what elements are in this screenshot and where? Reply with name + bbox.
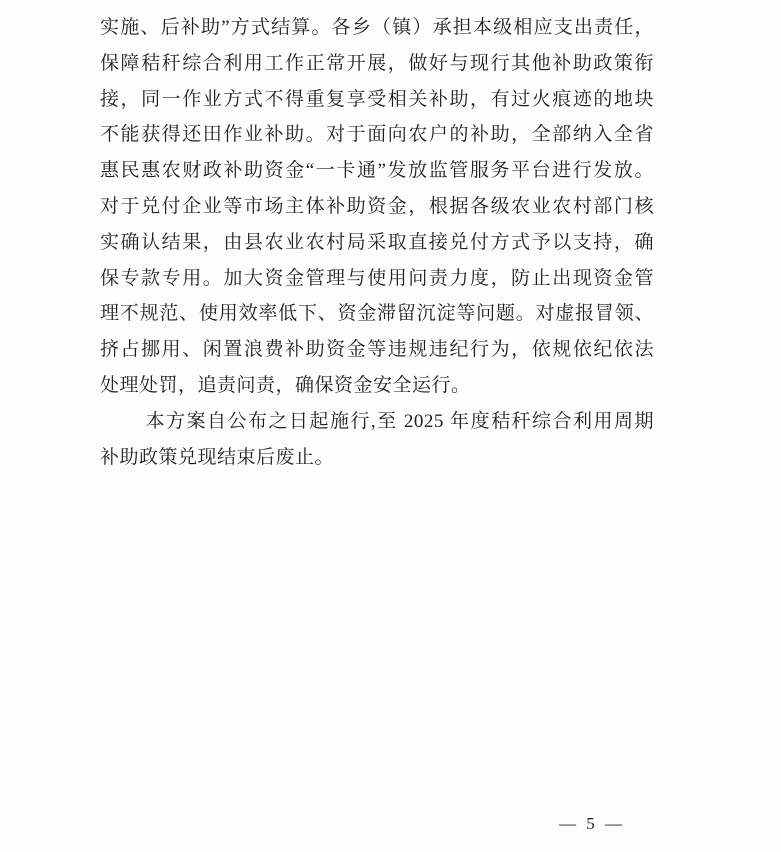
document-page: 实施、后补助”方式结算。各乡（镇）承担本级相应支出责任，保障秸秆综合利用工作正常…	[0, 0, 781, 852]
text-line: 实确认结果，由县农业农村局采取直接兑付方式予以支持，确	[100, 225, 654, 261]
text-line: 接，同一作业方式不得重复享受相关补助，有过火痕迹的地块	[100, 82, 654, 118]
text-line: 保障秸秆综合利用工作正常开展，做好与现行其他补助政策衔	[100, 46, 654, 82]
body-text: 实施、后补助”方式结算。各乡（镇）承担本级相应支出责任，保障秸秆综合利用工作正常…	[100, 10, 654, 475]
text-line: 本方案自公布之日起施行,至 2025 年度秸秆综合利用周期	[100, 404, 654, 440]
text-line: 惠民惠农财政补助资金“一卡通”发放监管服务平台进行发放。	[100, 153, 654, 189]
text-line: 挤占挪用、闲置浪费补助资金等违规违纪行为，依规依纪依法	[100, 332, 654, 368]
text-line: 补助政策兑现结束后废止。	[100, 440, 654, 476]
text-line: 处理处罚，追责问责，确保资金安全运行。	[100, 368, 654, 404]
text-line: 实施、后补助”方式结算。各乡（镇）承担本级相应支出责任，	[100, 10, 654, 46]
text-line: 对于兑付企业等市场主体补助资金，根据各级农业农村部门核	[100, 189, 654, 225]
text-line: 保专款专用。加大资金管理与使用问责力度，防止出现资金管	[100, 261, 654, 297]
page-number: — 5 —	[559, 812, 625, 836]
text-line: 不能获得还田作业补助。对于面向农户的补助，全部纳入全省	[100, 117, 654, 153]
text-line: 理不规范、使用效率低下、资金滞留沉淀等问题。对虚报冒领、	[100, 296, 654, 332]
